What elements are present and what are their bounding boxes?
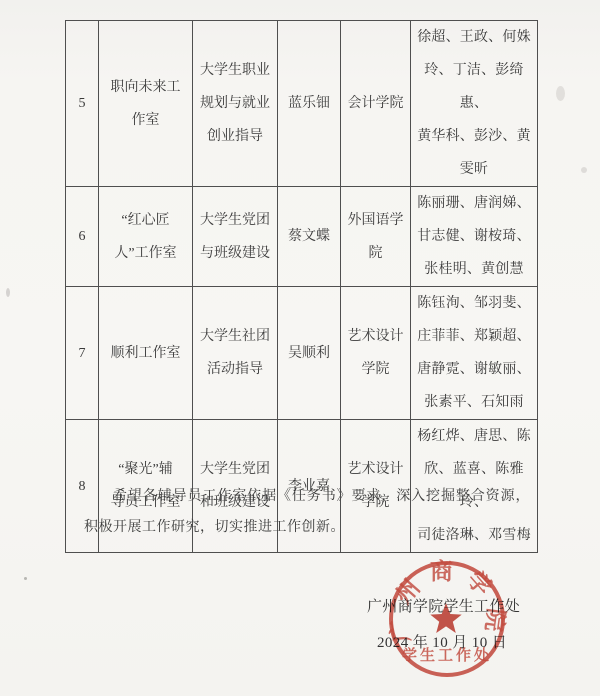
cell-number: 6	[66, 187, 99, 287]
scan-speck	[556, 86, 565, 101]
cell-work-content: 大学生职业 规划与就业 创业指导	[193, 21, 278, 187]
cell-leader-name: 蔡文蝶	[278, 187, 341, 287]
official-seal: 广州商学院 学生工作处	[372, 544, 522, 694]
seal-border	[391, 563, 503, 675]
cell-work-content: 大学生党团 与班级建设	[193, 187, 278, 287]
cell-number: 5	[66, 21, 99, 187]
cell-members: 徐超、王政、何姝 玲、丁洁、彭绮惠、 黄华科、彭沙、黄 雯昕	[411, 21, 538, 187]
cell-college: 会计学院	[341, 21, 411, 187]
cell-college: 外国语学 院	[341, 187, 411, 287]
table-row: 5 职向未来工 作室 大学生职业 规划与就业 创业指导 蓝乐钿 会计学院 徐超、…	[66, 21, 538, 187]
cell-members: 陈钰洵、邹羽斐、 庄菲菲、郑颖超、 唐静霓、谢敏丽、 张素平、石知雨	[411, 287, 538, 420]
cell-work-content: 大学生社团 活动指导	[193, 287, 278, 420]
issue-date: 2024 年 10 月 10 日	[377, 631, 507, 652]
cell-leader-name: 吴顺利	[278, 287, 341, 420]
cell-number: 7	[66, 287, 99, 420]
scan-speck	[581, 167, 587, 173]
cell-studio-name: 顺利工作室	[99, 287, 193, 420]
cell-college: 艺术设计 学院	[341, 287, 411, 420]
table-row: 6 “红心匠 人”工作室 大学生党团 与班级建设 蔡文蝶 外国语学 院 陈丽珊、…	[66, 187, 538, 287]
cell-studio-name: “红心匠 人”工作室	[99, 187, 193, 287]
scan-speck	[6, 288, 10, 297]
closing-paragraph: 希望各辅导员工作室依据《任务书》要求，深入挖掘整合资源，积极开展工作研究，切实推…	[84, 481, 530, 543]
issuer-name: 广州商学院学生工作处	[367, 595, 520, 616]
cell-leader-name: 蓝乐钿	[278, 21, 341, 187]
document-page: 5 职向未来工 作室 大学生职业 规划与就业 创业指导 蓝乐钿 会计学院 徐超、…	[0, 0, 600, 696]
table-row: 7 顺利工作室 大学生社团 活动指导 吴顺利 艺术设计 学院 陈钰洵、邹羽斐、 …	[66, 287, 538, 420]
cell-studio-name: 职向未来工 作室	[99, 21, 193, 187]
scan-speck	[24, 577, 27, 580]
cell-members: 陈丽珊、唐润娣、 甘志健、谢桉琦、 张桂明、黄创慧	[411, 187, 538, 287]
studio-assignment-table: 5 职向未来工 作室 大学生职业 规划与就业 创业指导 蓝乐钿 会计学院 徐超、…	[65, 20, 538, 553]
